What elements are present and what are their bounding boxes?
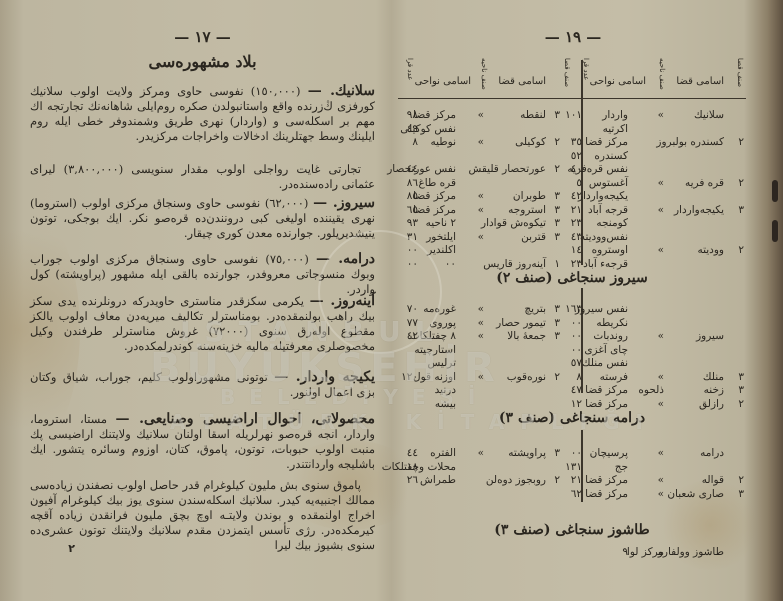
table-row: سلانيك»واردار١٠١٣لنقطه»مركز قضا٩٨ [398,108,746,122]
cell-l-class: ٢ [554,135,560,149]
cell-l-nahiye: مركز قضا [413,203,456,217]
cell-r-mark: » [658,243,664,257]
cell-r-count: ١٦٣ [565,302,582,316]
cell-r-qada: درامه [700,446,724,460]
cell-l-count: ٤٤ [407,162,418,176]
cell-r-nahiye: پرسيچان [590,446,628,460]
cell-l-nahiye: الفتره [430,446,456,460]
cell-l-class: ٣ [554,108,560,122]
table-row: ٢ووديته»اوستروه١٤اكلندير٠٠ [398,243,746,257]
cell-r-nahiye: آغستوس [589,176,628,190]
cell-r-qada: قره فريه [685,176,724,190]
cell-r-nahiye: كومنجه [596,216,628,230]
paragraph-lead: سيروز. — [313,195,375,211]
cell-r-count: ٠٠ [571,329,582,343]
cell-r-nahiye: مركز قضا [585,487,628,501]
header-sinif: صنف قضا [736,58,744,87]
cell-r-qada: يكيجه‌واردار [674,203,724,217]
cell-r-nahiye: مركز قضا [585,473,628,487]
cell-r-nahiye: ٩ [622,545,628,559]
cell-r-count: ٥٧ [571,356,582,370]
cell-l-nahiye: طمراش [420,473,456,487]
cell-r-class: ٢ [738,176,744,190]
cell-l-count: ٤٤ [407,446,418,460]
table-row: ٢رازلق»مركز قضا١٢بيشه [398,397,746,411]
cell-r-class: ٣ [738,487,744,501]
cell-r-nahiye: قرجه آباد [588,203,628,217]
paragraph-text: تجارتی غايت رواجلی اولوب مقدار سنويسی (٣… [30,162,375,191]
section-title-tasoz: طاشوز سنجاغی (صنف ٣) [398,522,746,538]
cell-r-count: ١٤ [571,243,582,257]
cell-r-nahiye: روندبات [593,329,628,343]
table-row: ٢قره فريه»آغستوس٥قره طاغ٨٦ [398,176,746,190]
cell-l-count: ٩٣ [407,216,418,230]
cell-l-mark: » [478,316,484,330]
page-heading: بلاد مشهوره‌سی [30,52,375,71]
table-row: ٢قواله»مركز قضا٢١٢روبجوز دوه‌لنطمراش٢٦ [398,473,746,487]
cell-r-class: ٢ [738,397,744,411]
binding-tab [772,180,778,202]
cell-l-nahiye: اكلندير [427,243,456,257]
cell-r-count: ١٢ [571,397,582,411]
cell-r-nahiye: فرسته [600,370,628,384]
cell-r-mark: » [658,473,664,487]
cell-r-count: ٤٧ [571,383,582,397]
cell-l-nahiye: نوطيه [430,135,456,149]
cell-l-nahiye: محلات وچفتلكات [382,460,456,474]
cell-l-mark: » [478,230,484,244]
cell-r-count: ١٠١ [565,108,582,122]
cell-l-count: ٨٦ [407,176,418,190]
table-row: جج١٣١محلات وچفتلكات١٨ [398,460,746,474]
table-header: صنف قضا اسامی قضا صنف ناحيه اسامی نواحی … [398,56,746,99]
cell-l-mark: » [478,108,484,122]
table-row: سيروز»روندبات٠٠٣جمعهٔ بالا»٨ چفتلكات٤٢ [398,329,746,343]
cell-l-count: ٩٨ [407,108,418,122]
cell-l-nahiye: درنيد [435,383,456,397]
cell-l-qada: طوبران [513,189,546,203]
paragraph-text: پاموق سنوی بش مليون كيلوغرام قدر حاصل او… [30,478,375,552]
table-row: ٣يكيجه‌واردار»قرجه آباد٢١٣استروجه»مركز ق… [398,203,746,217]
table-row: چای آغزی٠٠استارچيته [398,343,746,357]
paragraph-trade: تجارتی غايت رواجلی اولوب مقدار سنويسی (٣… [30,162,375,192]
cell-r-qada: ووديته [697,243,724,257]
cell-l-qada: تيمور حصار [496,316,546,330]
cell-r-nahiye: يكيجه‌واردار [578,189,628,203]
cell-r-count: ٥٢ [571,149,582,163]
signature-mark: ٢ [68,542,75,555]
cell-r-mark: » [658,176,664,190]
header-sinif-nahiye-2: صنف ناحيه [480,58,488,90]
table-row: طاشوز وولفارومركز لوا٩ [398,545,746,559]
cell-l-count: ١٨ [407,460,418,474]
header-qura: عدد قرا [582,58,590,80]
cell-l-qada: آينه‌روز قاريس [483,257,546,271]
table-row: درامه»پرسيچان٠٠٣پراويشته»الفتره٤٤ [398,446,746,460]
cell-r-qada: منلك [703,370,724,384]
page-number: — ١٧ — [30,28,375,46]
cell-r-count: ٢٣ [571,257,582,271]
cell-l-count: ٤٩ [407,122,418,136]
cell-l-nahiye: ٠٠ [445,257,456,271]
cell-l-nahiye: قره طاغ [419,176,456,190]
cell-r-qada: سيروز [696,329,724,343]
section-title-drama: درامه سنجاغی (صنف ٣) [398,410,746,426]
cell-l-qada: نوره‌قوب [507,370,546,384]
header-qada: اسامی قضا [676,76,724,87]
table-row: نفس سيروز١٦٣٣بتريچ»غوره‌مه٧٠ [398,302,746,316]
cell-l-class: ٣ [554,302,560,316]
cell-r-count: ٢١ [571,473,582,487]
cell-l-qada: قتربن [521,230,546,244]
cell-r-count: ٢١ [571,203,582,217]
table-row: كومنجه٢٣٣تيكوه‌ش قوادار٢ ناحيه٩٣ [398,216,746,230]
cell-r-mark: مركز لوا [627,545,664,559]
table-row: يكيجه‌واردار٤٢٣طوبران»مركز قضا٨٥ [398,189,746,203]
cell-l-qada: كوكيلی [515,135,546,149]
paragraph-serres: سيروز. — (٦٢,٠٠٠) نفوسی حاوی وسنجاق مركز… [30,196,375,241]
cell-r-nahiye: چای آغزی [584,343,628,357]
cell-r-count: ١٣١ [565,460,582,474]
header-qura-2: عدد قرا [406,58,414,80]
table-row: ٢كسندره بولبروزمركز قضا٣٥٢كوكيلی»نوطيه٨ [398,135,746,149]
header-qada-2: اسامی قضا [498,76,546,87]
cell-r-count: ٦٢ [571,487,582,501]
table-row: نفس قره‌فريه٤٠٢عورتحصار قليقشنفس عورتحصا… [398,162,746,176]
cell-r-qada: سلانيك [694,108,724,122]
cell-l-qada: جمعهٔ بالا [507,329,546,343]
cell-l-qada: روبجوز دوه‌لن [486,473,546,487]
cell-l-nahiye: ٢ ناحيه [426,216,456,230]
cell-l-qada: عورتحصار قليقش [468,162,546,176]
cell-l-class: ٣ [554,216,560,230]
cell-r-count: ٤٣ [571,230,582,244]
cell-l-class: ١ [554,257,560,271]
paragraph-salonica: سلانيك. — (١٥٠,٠٠٠) نفوسی حاوی ومركز ولا… [30,84,375,144]
cell-r-qada: رازلق [699,397,724,411]
cell-r-nahiye: مركز قضا [585,135,628,149]
cell-l-qada: استروجه [508,203,546,217]
page-number: — ١٩ — [398,28,748,46]
cell-r-qada: زخنه [704,383,724,397]
cell-l-class: ٣ [554,203,560,217]
cell-r-qada: طاشوز وولفارو [658,545,724,559]
table-row: اكرتيهنفس كوكيلی٤٩ [398,122,746,136]
cell-l-mark: » [478,370,484,384]
cell-l-qada: پراويشته [508,446,546,460]
cell-r-mark: » [658,203,664,217]
cell-r-class: ٣ [738,203,744,217]
paragraph-lead: يكيجه‌ واردار. — [274,369,375,385]
cell-r-count: ٣٥ [571,135,582,149]
cell-r-nahiye: اوستروه [592,243,628,257]
cell-r-class: ٣ [738,383,744,397]
paragraph-lead: سلانيك. — [308,83,375,99]
cell-r-nahiye: نكريطه [596,316,628,330]
right-page: — ١٩ — صنف قضا اسامی قضا صنف ناحيه اسامی… [398,0,748,601]
table-row: قرجه‌ء آباد٢٣١آينه‌روز قاريس٠٠٠٠ [398,257,746,271]
header-sinif-2: صنف قضا [563,58,571,87]
cell-l-qada: بتريچ [524,302,546,316]
cell-r-count: ٢٣ [571,216,582,230]
cell-r-nahiye: مركز قضا [585,383,628,397]
header-nawahi: اسامی نواحی [590,76,646,87]
cell-r-count: ٠٠ [571,343,582,357]
cell-r-count: ٠٠ [571,446,582,460]
cell-l-count: ٦٥ [407,203,418,217]
cell-r-class: ٢ [738,243,744,257]
cell-r-class: ٢ [738,473,744,487]
library-emblem-watermark [318,230,442,354]
cell-l-nahiye: بيشه [435,397,456,411]
cell-l-nahiye: استارچيته [414,343,456,357]
header-nawahi-2: اسامی نواحی [415,76,471,87]
cell-r-nahiye: كسندره [594,149,628,163]
cell-r-nahiye: واردار [602,108,628,122]
cell-l-nahiye: مركز قضا [413,108,456,122]
cell-r-qada: صاری شعبان [667,487,724,501]
cell-l-class: ٣ [554,189,560,203]
cell-l-mark: » [478,203,484,217]
cell-r-class: ٢ [738,135,744,149]
table-row: ٣منلك»فرسته٨٢نوره‌قوب»اوزنه قول١٢٠ [398,370,746,384]
cell-l-qada: لنقطه [520,108,546,122]
table-row: نفس منلك٥٧ترليس [398,356,746,370]
cell-r-nahiye: قرجه‌ء آباد [583,257,628,271]
cell-l-mark: » [478,446,484,460]
cell-r-qada: قواله [702,473,724,487]
cell-l-count: ٨ [412,135,418,149]
paragraph-yenice: يكيجه‌ واردار. — توتونی مشهوراولوب كليم،… [30,370,375,400]
cell-r-count: ٠٠ [571,316,582,330]
cell-l-class: ٢ [554,473,560,487]
table-row: ٣صاری شعبان»مركز قضا٦٢ [398,487,746,501]
paragraph-lead: محصولاتی، احوال اراضيسی وصنايعی. — [116,411,375,427]
cell-l-mark: » [478,135,484,149]
table-row: كسندره٥٢ [398,149,746,163]
table-row: نكريطه٠٠٣تيمور حصار»پوروی٧٧ [398,316,746,330]
cell-r-nahiye: نفس منلك [582,356,628,370]
cell-l-mark: » [478,189,484,203]
cell-l-class: ٣ [554,446,560,460]
cell-l-class: ٣ [554,316,560,330]
cell-l-qada: تيكوه‌ش قوادار [481,216,546,230]
cell-l-class: ٢ [554,370,560,384]
binding-tab [772,220,778,242]
cell-l-class: ٣ [554,230,560,244]
cell-r-nahiye: جج [615,460,628,474]
cell-r-qada: كسندره بولبروز [656,135,724,149]
cell-l-class: ٢ [554,162,560,176]
cell-r-count: ٨ [576,370,582,384]
cell-r-mark: » [658,108,664,122]
cell-r-nahiye: اكرتيه [603,122,628,136]
cell-l-nahiye: ايلتخور [426,230,456,244]
cell-r-count: ٥ [576,176,582,190]
cell-r-mark: » [658,370,664,384]
cell-l-count: ٨٥ [407,189,418,203]
cell-r-class: ٣ [738,370,744,384]
cell-r-count: ٤٢ [571,189,582,203]
paragraph-products: محصولاتی، احوال اراضيسی وصنايعی. — مستا،… [30,412,375,472]
cell-r-nahiye: نفس‌ووديته [580,230,628,244]
cell-r-count: ٤٠ [571,162,582,176]
cell-l-mark: » [478,302,484,316]
cell-r-mark: » [658,397,664,411]
cell-r-mark: » [658,329,664,343]
paragraph-cotton: پاموق سنوی بش مليون كيلوغرام قدر حاصل او… [30,478,375,553]
cell-r-mark: » [658,446,664,460]
cell-r-nahiye: مركز قضا [585,397,628,411]
cell-l-nahiye: نفس عورتحصار [387,162,456,176]
cell-r-nahiye: نفس سيروز [575,302,628,316]
cell-l-nahiye: ترليس [428,356,456,370]
cell-l-nahiye: مركز قضا [413,189,456,203]
cell-l-nahiye: اوزنه قول [413,370,456,384]
cell-r-mark: ذلحوه [638,383,664,397]
cell-l-class: ٣ [554,329,560,343]
cell-l-count: ٢٦ [407,473,418,487]
header-sinif-nahiye: صنف ناحيه [658,58,666,90]
cell-l-mark: » [478,329,484,343]
cell-l-count: ١٢٠ [401,370,418,384]
table-row: ٣زخنهذلحوهمركز قضا٤٧درنيد [398,383,746,397]
section-title-serres: سيروز سنجاغی (صنف ٢) [398,270,746,286]
book-spread: — ١٧ — بلاد مشهوره‌سی سلانيك. — (١٥٠,٠٠٠… [0,0,783,601]
cell-r-mark: » [658,487,664,501]
table-row: نفس‌ووديته٤٣٣قتربن»ايلتخور٣١ [398,230,746,244]
